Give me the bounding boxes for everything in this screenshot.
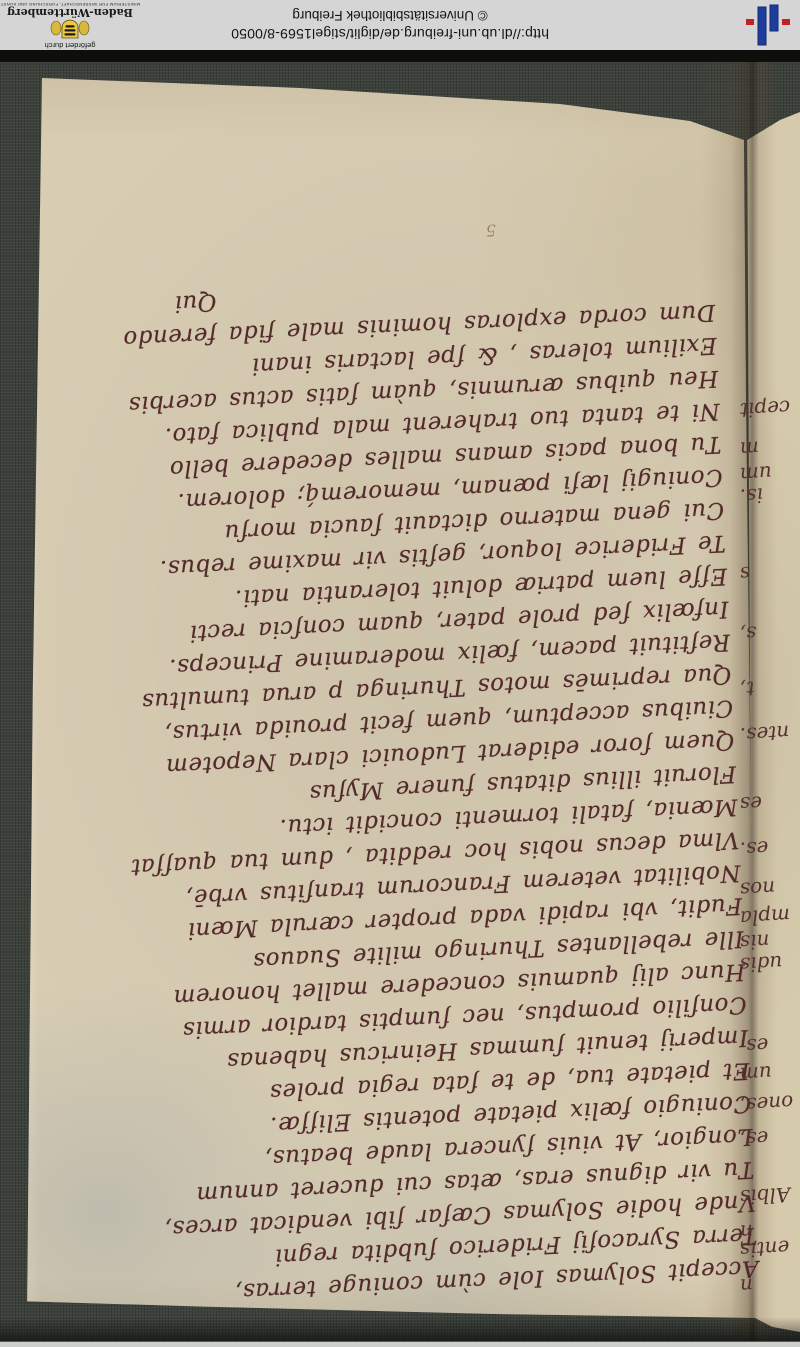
- coat-of-arms-icon: [50, 19, 90, 41]
- scan-header-bar: gefördert durch Baden-Württemberg MINIST…: [0, 0, 800, 50]
- facing-fragment: is.: [739, 483, 763, 508]
- facing-fragment: ones,: [739, 1090, 794, 1117]
- page-text-block: Accepit Solymas Iole cùm coniuge terras,…: [115, 245, 760, 1311]
- funding-logo: gefördert durch Baden-Württemberg MINIST…: [6, 1, 134, 49]
- library-logo-icon: [744, 3, 792, 47]
- facing-fragment: mpla: [739, 903, 790, 930]
- facing-fragment: ntes.: [739, 721, 790, 748]
- facing-fragment: n: [739, 1274, 753, 1290]
- facing-fragment: es,: [739, 1126, 769, 1152]
- book-background: 5 Accepit Solymas Iole cùm coniuge terra…: [0, 62, 800, 1341]
- funding-region: Baden-Württemberg: [7, 6, 133, 18]
- facing-fragment: es.: [739, 836, 769, 862]
- funding-label: gefördert durch: [45, 41, 96, 49]
- facing-fragment: entis: [739, 1236, 790, 1263]
- folio-mark: 5: [475, 217, 496, 240]
- facing-page-fragments: cepitmumis.ss,t,ntes.eses.nosmplanisudis…: [738, 300, 798, 1290]
- facing-fragment: t,: [739, 677, 755, 702]
- scan-bottom-edge: [0, 1341, 800, 1347]
- facing-fragment: cepit: [739, 395, 791, 422]
- facing-fragment: udis: [739, 951, 783, 978]
- facing-fragment: s: [739, 562, 751, 587]
- facing-fragment: s,: [739, 622, 757, 647]
- facing-fragment: nos: [739, 876, 776, 902]
- facing-fragment: es: [739, 791, 763, 816]
- copyright-line: © Universitätsbibliothek Freiburg: [292, 8, 487, 23]
- poem-lines: Accepit Solymas Iole cùm coniuge terras,…: [117, 295, 759, 1311]
- facing-fragment: Albis: [739, 1182, 791, 1209]
- scan-caption: http://dl.ub.uni-freiburg.de/diglit/stig…: [170, 2, 610, 48]
- scan-viewport: gefördert durch Baden-Württemberg MINIST…: [0, 0, 800, 1347]
- book-shadow: [0, 1317, 800, 1341]
- facing-fragment: um: [739, 1061, 772, 1087]
- facing-fragment: es.: [739, 1033, 769, 1059]
- scan-border: [0, 50, 800, 62]
- facing-fragment: m: [739, 436, 759, 461]
- funding-ministry: MINISTERIUM FÜR WISSENSCHAFT, FORSCHUNG …: [0, 2, 140, 6]
- scan-url: http://dl.ub.uni-freiburg.de/diglit/stig…: [231, 26, 549, 42]
